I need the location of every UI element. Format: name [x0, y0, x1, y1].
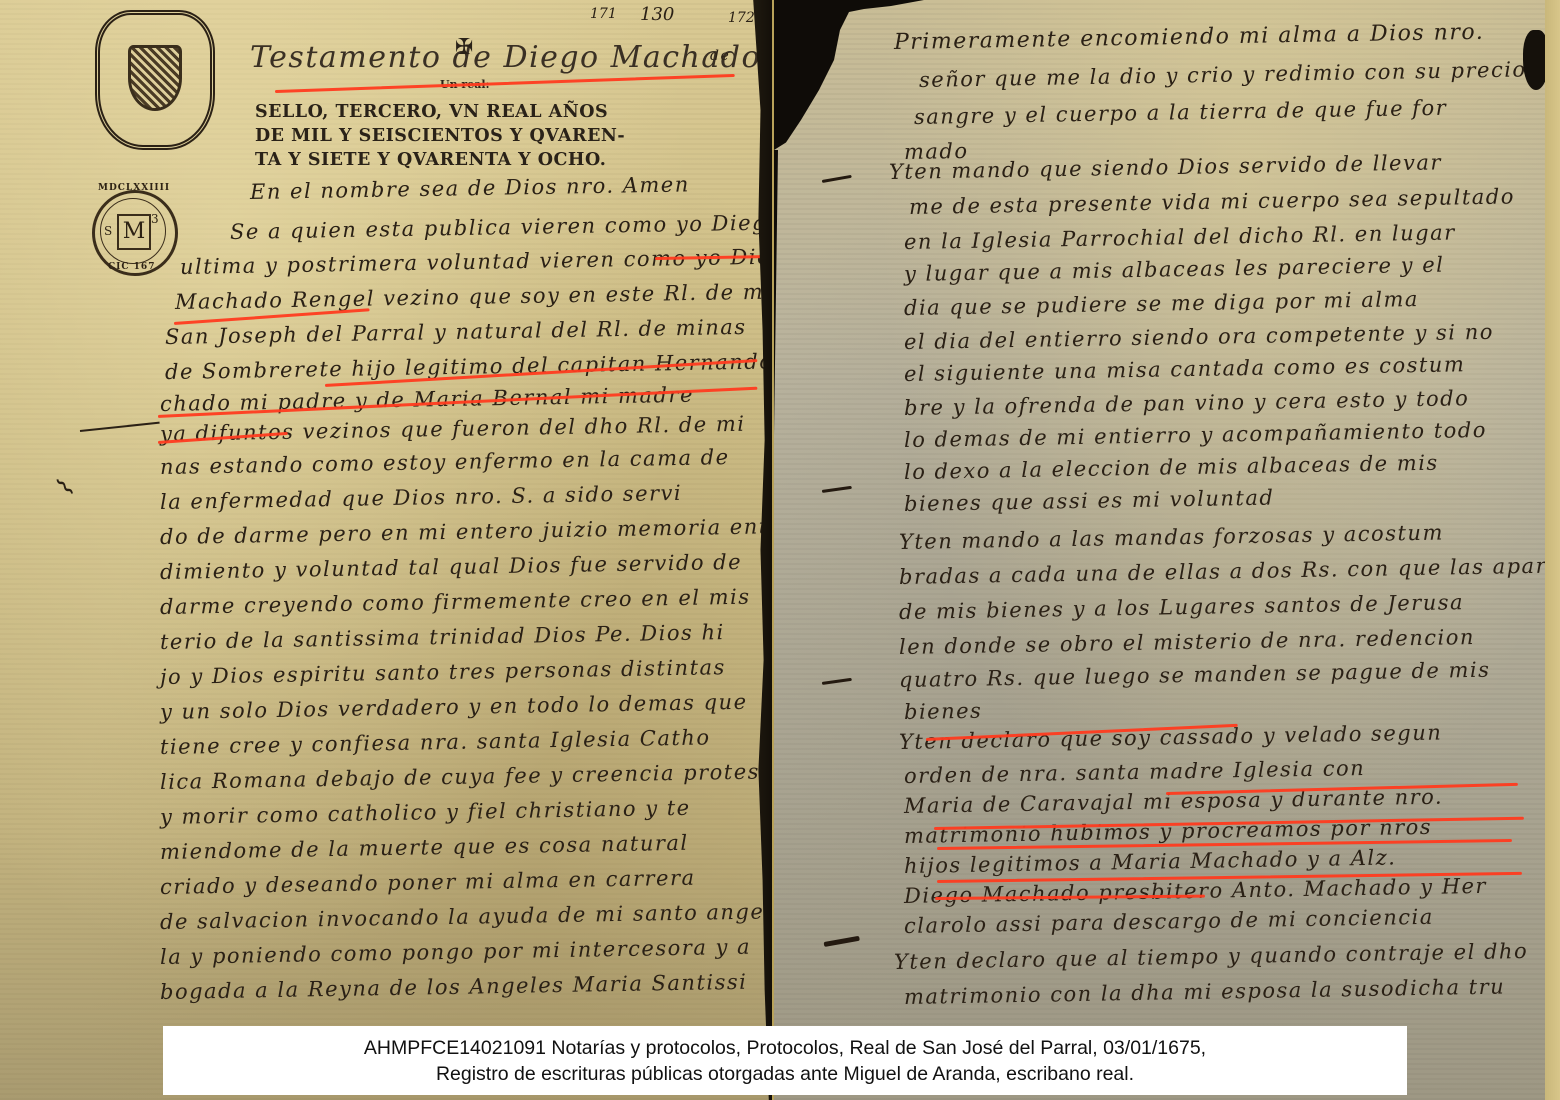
handwritten-line: hijos legitimos a Maria Machado y a Alz. — [904, 845, 1397, 878]
left-page: Testamento de Diego Machado de ✠ 171 130… — [0, 0, 772, 1100]
handwritten-line: terio de la santissima trinidad Dios Pe.… — [160, 620, 725, 654]
handwritten-line: criado y deseando poner mi alma en carre… — [160, 866, 696, 899]
handwritten-line: lo demas de mi entierro y acompañamiento… — [904, 418, 1487, 452]
handwritten-line: Se a quien esta publica vieren como yo D… — [230, 210, 772, 244]
handwritten-line: Yten mando a las mandas forzosas y acost… — [899, 520, 1444, 554]
right-page: Primeramente encomiendo mi alma a Dios n… — [774, 0, 1560, 1100]
folio-number-1: 171 — [590, 6, 617, 22]
document-title: Testamento de Diego Machado — [250, 40, 761, 75]
cross-icon: ✠ — [455, 35, 473, 60]
handwritten-line: el siguiente una misa cantada como es co… — [904, 352, 1466, 386]
handwritten-line: bienes que assi es mi voluntad — [904, 486, 1275, 516]
seal-ring-text-bottom: CIC 167 — [108, 262, 155, 272]
seal-ring-text-top: MDCLXXIIII — [98, 183, 170, 193]
stamped-paper-header: SELLO, TERCERO, VN REAL AÑOS DE MIL Y SE… — [255, 100, 695, 172]
handwritten-line: Yten declaro que al tiempo y quando cont… — [894, 939, 1529, 974]
margin-item-mark — [822, 678, 852, 685]
handwritten-line: nas estando como estoy enfermo en la cam… — [160, 445, 730, 479]
handwritten-line: el dia del entierro siendo ora competent… — [904, 320, 1494, 354]
margin-item-mark — [822, 486, 852, 493]
handwritten-line: bogada a la Reyna de los Angeles Maria S… — [160, 970, 748, 1004]
seal-letter-right: 3 — [151, 212, 159, 226]
margin-item-mark — [822, 175, 852, 183]
handwritten-line: quatro Rs. que luego se manden se pague … — [899, 658, 1491, 692]
handwritten-line: bre y la ofrenda de pan vino y cera esto… — [904, 386, 1470, 420]
margin-signature: ⌇ — [49, 475, 82, 502]
handwritten-line: lica Romana debajo de cuya fee y creenci… — [160, 758, 772, 794]
handwritten-line: la y poniendo como pongo por mi interces… — [160, 935, 751, 969]
handwritten-line: y un solo Dios verdadero y en todo lo de… — [160, 690, 748, 724]
handwritten-line: de mis bienes y a los Lugares santos de … — [899, 590, 1464, 624]
handwritten-line: bienes — [904, 699, 983, 724]
handwritten-line: len donde se obro el misterio de nra. re… — [899, 625, 1475, 659]
handwritten-line: Yten mando que siendo Dios servido de ll… — [889, 150, 1442, 184]
handwritten-line: Primeramente encomiendo mi alma a Dios n… — [894, 20, 1485, 55]
handwritten-line: ultima y postrimera voluntad vieren como… — [180, 244, 772, 279]
handwritten-line: me de esta presente vida mi cuerpo sea s… — [909, 184, 1515, 219]
caption-line-2: Registro de escrituras públicas otorgada… — [163, 1061, 1407, 1087]
stamp-header-line: DE MIL Y SEISCIENTOS Y QVAREN- — [255, 124, 695, 148]
handwritten-line: bradas a cada una de ellas a dos Rs. con… — [899, 553, 1560, 589]
archive-caption: AHMPFCE14021091 Notarías y protocolos, P… — [163, 1026, 1407, 1095]
folio-number-3: 172 — [728, 10, 755, 26]
handwritten-line: miendome de la muerte que es cosa natura… — [160, 831, 689, 864]
caption-line-1: AHMPFCE14021091 Notarías y protocolos, P… — [163, 1035, 1407, 1061]
stamp-header-line: TA Y SIETE Y QVARENTA Y OCHO. — [255, 148, 695, 172]
handwritten-line: lo dexo a la eleccion de mis albaceas de… — [904, 451, 1439, 484]
handwritten-line: En el nombre sea de Dios nro. Amen — [250, 172, 690, 204]
handwritten-line: clarolo assi para descargo de mi concien… — [904, 905, 1434, 938]
handwritten-line: y morir como catholico y fiel christiano… — [160, 796, 691, 829]
margin-flourish — [80, 422, 160, 432]
handwritten-line: la enfermedad que Dios nro. S. a sido se… — [160, 481, 683, 514]
handwritten-line: Machado Rengel vezino que soy en este Rl… — [175, 278, 772, 314]
handwritten-line: San Joseph del Parral y natural del Rl. … — [165, 315, 747, 349]
coat-of-arms-shield-icon — [128, 45, 182, 111]
seal-letter-left: S — [104, 224, 112, 238]
handwritten-line: jo y Dios espiritu santo tres personas d… — [160, 655, 726, 689]
handwritten-line: en la Iglesia Parrochial del dicho Rl. e… — [904, 220, 1456, 254]
handwritten-line: ya difuntos vezinos que fueron del dho R… — [160, 412, 746, 446]
handwritten-line: matrimonio con la dha mi esposa la susod… — [904, 975, 1506, 1009]
folio-number-2: 130 — [640, 4, 674, 25]
handwritten-line: dimiento y voluntad tal qual Dios fue se… — [160, 550, 742, 584]
page-edge — [1545, 0, 1560, 1100]
handwritten-line: do de darme pero en mi entero juizio mem… — [160, 514, 772, 549]
handwritten-line: tiene cree y confiesa nra. santa Iglesia… — [160, 725, 711, 759]
handwritten-line: orden de nra. santa madre Iglesia con — [904, 756, 1366, 788]
margin-item-mark — [824, 936, 860, 947]
handwritten-line: darme creyendo como firmemente creo en e… — [160, 585, 751, 619]
stamp-header-line: SELLO, TERCERO, VN REAL AÑOS — [255, 100, 695, 124]
handwritten-line: y lugar que a mis albaceas les pareciere… — [904, 253, 1445, 286]
handwritten-line: dia que se pudiere se me diga por mi alm… — [904, 287, 1419, 320]
document-title-suffix: de — [710, 48, 730, 64]
handwritten-line: señor que me la dio y crio y redimio con… — [919, 57, 1553, 92]
handwritten-line: sangre y el cuerpo a la tierra de que fu… — [914, 96, 1448, 129]
red-annotation-underline — [275, 74, 735, 93]
seal-monogram: M — [117, 214, 151, 250]
manuscript-spread: Testamento de Diego Machado de ✠ 171 130… — [0, 0, 1560, 1100]
handwritten-line: de salvacion invocando la ayuda de mi sa… — [160, 899, 765, 934]
